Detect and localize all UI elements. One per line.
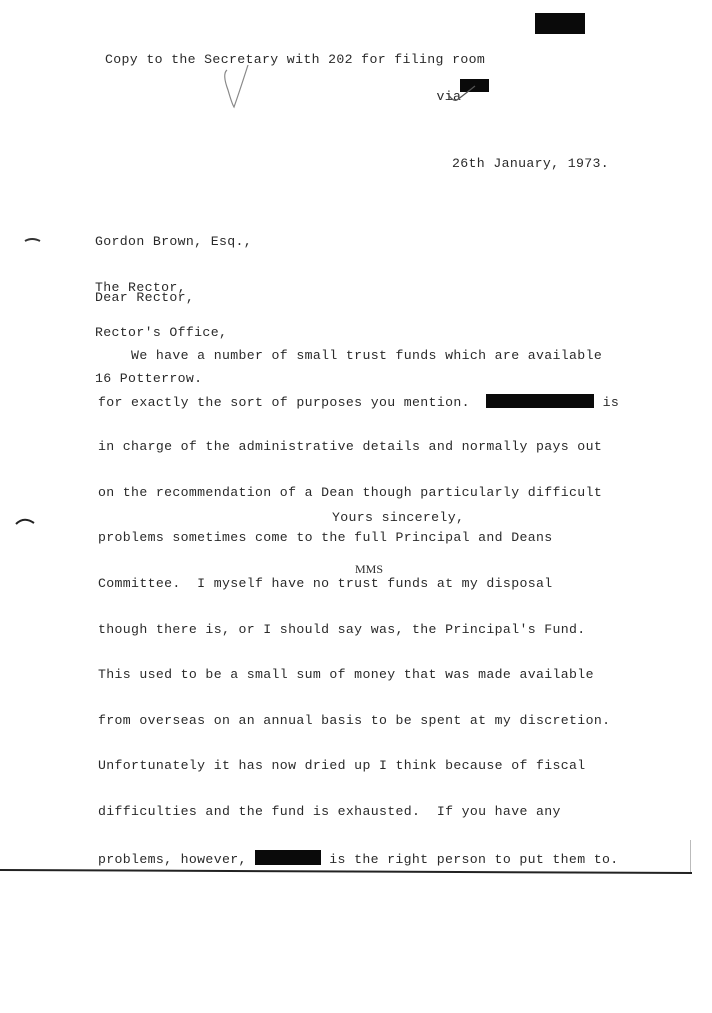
body-line: We have a number of small trust funds wh…	[98, 348, 619, 364]
routing-note: Copy to the Secretary with 202 for filin…	[105, 52, 485, 67]
letter-body: We have a number of small trust funds wh…	[98, 318, 619, 880]
handwritten-tick-icon	[445, 82, 485, 106]
body-line: though there is, or I should say was, th…	[98, 622, 619, 638]
body-line: This used to be a small sum of money tha…	[98, 667, 619, 683]
body-line: for exactly the sort of purposes you men…	[98, 394, 619, 410]
closing: Yours sincerely,	[332, 510, 464, 525]
redacted-name	[255, 850, 321, 865]
letter-date: 26th January, 1973.	[452, 156, 609, 171]
body-line: from overseas on an annual basis to be s…	[98, 713, 619, 729]
handwritten-tick-icon	[218, 60, 258, 115]
body-line: on the recommendation of a Dean though p…	[98, 485, 619, 501]
body-line: problems, however, is the right person t…	[98, 850, 619, 866]
body-line: Unfortunately it has now dried up I thin…	[98, 758, 619, 774]
address-line: Gordon Brown, Esq.,	[95, 234, 252, 250]
body-line: problems sometimes come to the full Prin…	[98, 530, 619, 546]
body-line: difficulties and the fund is exhausted. …	[98, 804, 619, 820]
redacted-name	[486, 394, 594, 408]
salutation: Dear Rector,	[95, 290, 194, 305]
page-edge-corner	[690, 840, 691, 872]
margin-mark-icon	[24, 236, 42, 244]
redaction-top-right	[535, 13, 585, 34]
body-line: in charge of the administrative details …	[98, 439, 619, 455]
signature-initials: MMS	[355, 562, 383, 577]
margin-mark-icon	[14, 516, 36, 526]
body-line: Committee. I myself have no trust funds …	[98, 576, 619, 592]
